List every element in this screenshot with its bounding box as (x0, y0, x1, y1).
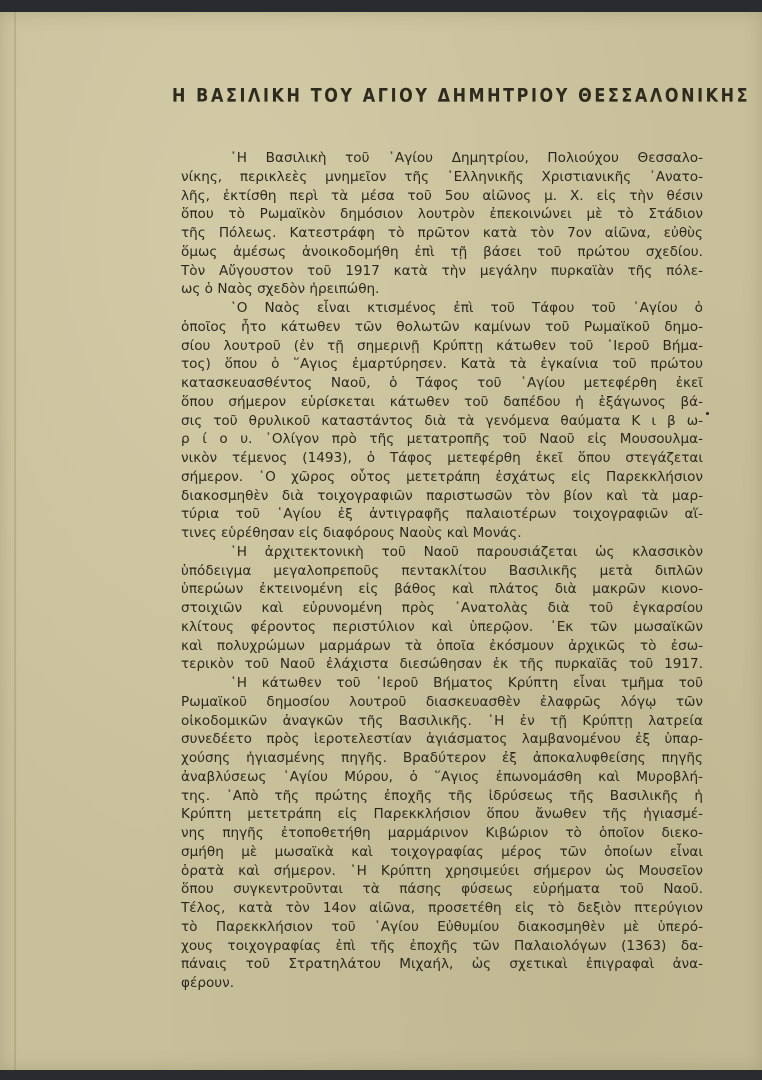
text-line: σήμερον. ῾Ο χῶρος οὗτος μετετράπη ἐσχάτω… (181, 468, 703, 487)
text-line: χούσης ἡγιασμένης πηγῆς. Βραδύτερον ἐξ ἀ… (181, 749, 703, 768)
text-line: Κρύπτη μετετράπη εἰς Παρεκκλήσιον ὅπου ἄ… (181, 805, 703, 824)
text-line: σις τοῦ θρυλικοῦ καταστάντος διὰ τὰ γενό… (181, 412, 703, 431)
text-line: σίου λουτροῦ (ἐν τῇ σημερινῇ Κρύπτῃ κάτω… (181, 337, 703, 356)
text-line: ρ ί ο υ. ᾿Ολίγον πρὸ τῆς μετατροπῆς τοῦ … (181, 430, 703, 449)
page-edge-fold (14, 12, 16, 1070)
text-line: Τὸν Αὔγουστον τοῦ 1917 κατὰ τὴν μεγάλην … (181, 262, 703, 281)
text-line: τινες εὑρέθησαν εἰς διαφόρους Ναοὺς καὶ … (181, 524, 703, 543)
text-line: καὶ πολυχρώμων μαρμάρων τὰ ὁποῖα ἐκόσμου… (181, 637, 703, 656)
paragraph-3: ῾Η ἀρχιτεκτονικὴ τοῦ Ναοῦ παρουσιάζεται … (181, 543, 703, 674)
text-line: νης πηγῆς ἐτοποθετήθη μαρμάρινον Κιβώριο… (181, 824, 703, 843)
text-line: σμήθη μὲ μωσαϊκὰ καὶ τοιχογραφίας μέρος … (181, 843, 703, 862)
ink-speck (706, 412, 709, 415)
text-line: χους τοιχογραφίας ἐπὶ τῆς ἐποχῆς τῶν Παλ… (181, 937, 703, 956)
text-line: λῆς, ἐκτίσθη περὶ τὰ μέσα τοῦ 5ου αἰῶνος… (181, 187, 703, 206)
text-line: Ρωμαϊκοῦ δημοσίου λουτροῦ διασκευασθὲν ἐ… (181, 693, 703, 712)
text-line: ὅπου συγκεντροῦνται τὰ πάσης φύσεως εὑρή… (181, 880, 703, 899)
text-line: ὑπόδειγμα μεγαλοπρεποῦς πεντακλίτου Βασι… (181, 562, 703, 581)
text-line: τὸ Παρεκκλήσιον τοῦ ῾Αγίου Εὐθυμίου διακ… (181, 918, 703, 937)
text-line: διακοσμηθὲν διὰ τοιχογραφιῶν παριστωσῶν … (181, 487, 703, 506)
text-line: στοιχιῶν καὶ εὐρυνομένη πρὸς ᾿Ανατολὰς δ… (181, 599, 703, 618)
text-line: ὅμως ἀμέσως ἀνοικοδομήθη ἐπὶ τῇ βάσει το… (181, 243, 703, 262)
paragraph-1: ῾Η Βασιλικὴ τοῦ ῾Αγίου Δημητρίου, Πολιού… (181, 149, 703, 299)
text-line: ὑπερώων ἐκτεινομένη εἰς βάθος καὶ πλάτος… (181, 580, 703, 599)
text-line: ῾Η κάτωθεν τοῦ ῾Ιεροῦ Βήματος Κρύπτη εἶν… (181, 674, 703, 693)
text-line: κλίτους φέροντος περιστύλιον καὶ ὑπερῷον… (181, 618, 703, 637)
text-line: της. ᾿Απὸ τῆς πρώτης ἐποχῆς τῆς ἱδρύσεως… (181, 787, 703, 806)
document-body: ῾Η Βασιλικὴ τοῦ ῾Αγίου Δημητρίου, Πολιού… (181, 149, 703, 993)
text-line: ῾Η Βασιλικὴ τοῦ ῾Αγίου Δημητρίου, Πολιού… (181, 149, 703, 168)
text-line: τος) ὅπου ὁ ῞Αγιος ἐμαρτύρησεν. Κατὰ τὰ … (181, 355, 703, 374)
text-line: οἰκοδομικῶν ἀναγκῶν τῆς Βασιλικῆς. ῾Η ἐν… (181, 712, 703, 731)
text-line: ὁποῖος ἦτο κάτωθεν τῶν θολωτῶν καμίνων τ… (181, 318, 703, 337)
text-line: ὅπου σήμερον εὑρίσκεται κάτωθεν τοῦ δαπέ… (181, 393, 703, 412)
page-title: Η ΒΑΣΙΛΙΚΗ ΤΟΥ ΑΓΙΟΥ ΔΗΜΗΤΡΙΟΥ ΘΕΣΣΑΛΟΝΙ… (172, 84, 700, 106)
text-line: Τέλος, κατὰ τὸν 14ον αἰῶνα, προσετέθη εἰ… (181, 899, 703, 918)
text-line: ὅπου τὸ Ρωμαϊκὸν δημόσιον λουτρὸν ἐπεκοι… (181, 205, 703, 224)
paragraph-2: ῾Ο Ναὸς εἶναι κτισμένος ἐπὶ τοῦ Τάφου το… (181, 299, 703, 543)
document-page: Η ΒΑΣΙΛΙΚΗ ΤΟΥ ΑΓΙΟΥ ΔΗΜΗΤΡΙΟΥ ΘΕΣΣΑΛΟΝΙ… (0, 12, 762, 1070)
text-line: ὁρατὰ καὶ σήμερον. ῾Η Κρύπτη χρησιμεύει … (181, 862, 703, 881)
text-line: τῆς Πόλεως. Κατεστράφη τὸ πρῶτον κατὰ τὸ… (181, 224, 703, 243)
text-line: συνεδέετο πρὸς ἱεροτελεστίαν ἁγιάσματος … (181, 730, 703, 749)
text-line: κατασκευασθέντος Ναοῦ, ὁ Τάφος τοῦ ῾Αγίο… (181, 374, 703, 393)
text-line: νικὸν τέμενος (1493), ὁ Τάφος μετεφέρθη … (181, 449, 703, 468)
text-line: ῾Ο Ναὸς εἶναι κτισμένος ἐπὶ τοῦ Τάφου το… (181, 299, 703, 318)
text-line: τύρια τοῦ ῾Αγίου ἐξ ἀντιγραφῆς παλαιοτέρ… (181, 505, 703, 524)
text-line: ως ὁ Ναὸς σχεδὸν ἠρειπώθη. (181, 280, 703, 299)
text-line: φέρουν. (181, 974, 703, 993)
text-line: τερικὸν τοῦ Ναοῦ ἐλάχιστα διεσώθησαν ἐκ … (181, 655, 703, 674)
text-line: ἀναβλύσεως ῾Αγίου Μύρου, ὁ ῞Αγιος ἐπωνομ… (181, 768, 703, 787)
text-line: νίκης, περικλεὲς μνημεῖον τῆς ῾Ελληνικῆς… (181, 168, 703, 187)
paragraph-4: ῾Η κάτωθεν τοῦ ῾Ιεροῦ Βήματος Κρύπτη εἶν… (181, 674, 703, 993)
text-line: πάναις τοῦ Στρατηλάτου Μιχαήλ, ὡς σχετικ… (181, 955, 703, 974)
text-line: ῾Η ἀρχιτεκτονικὴ τοῦ Ναοῦ παρουσιάζεται … (181, 543, 703, 562)
